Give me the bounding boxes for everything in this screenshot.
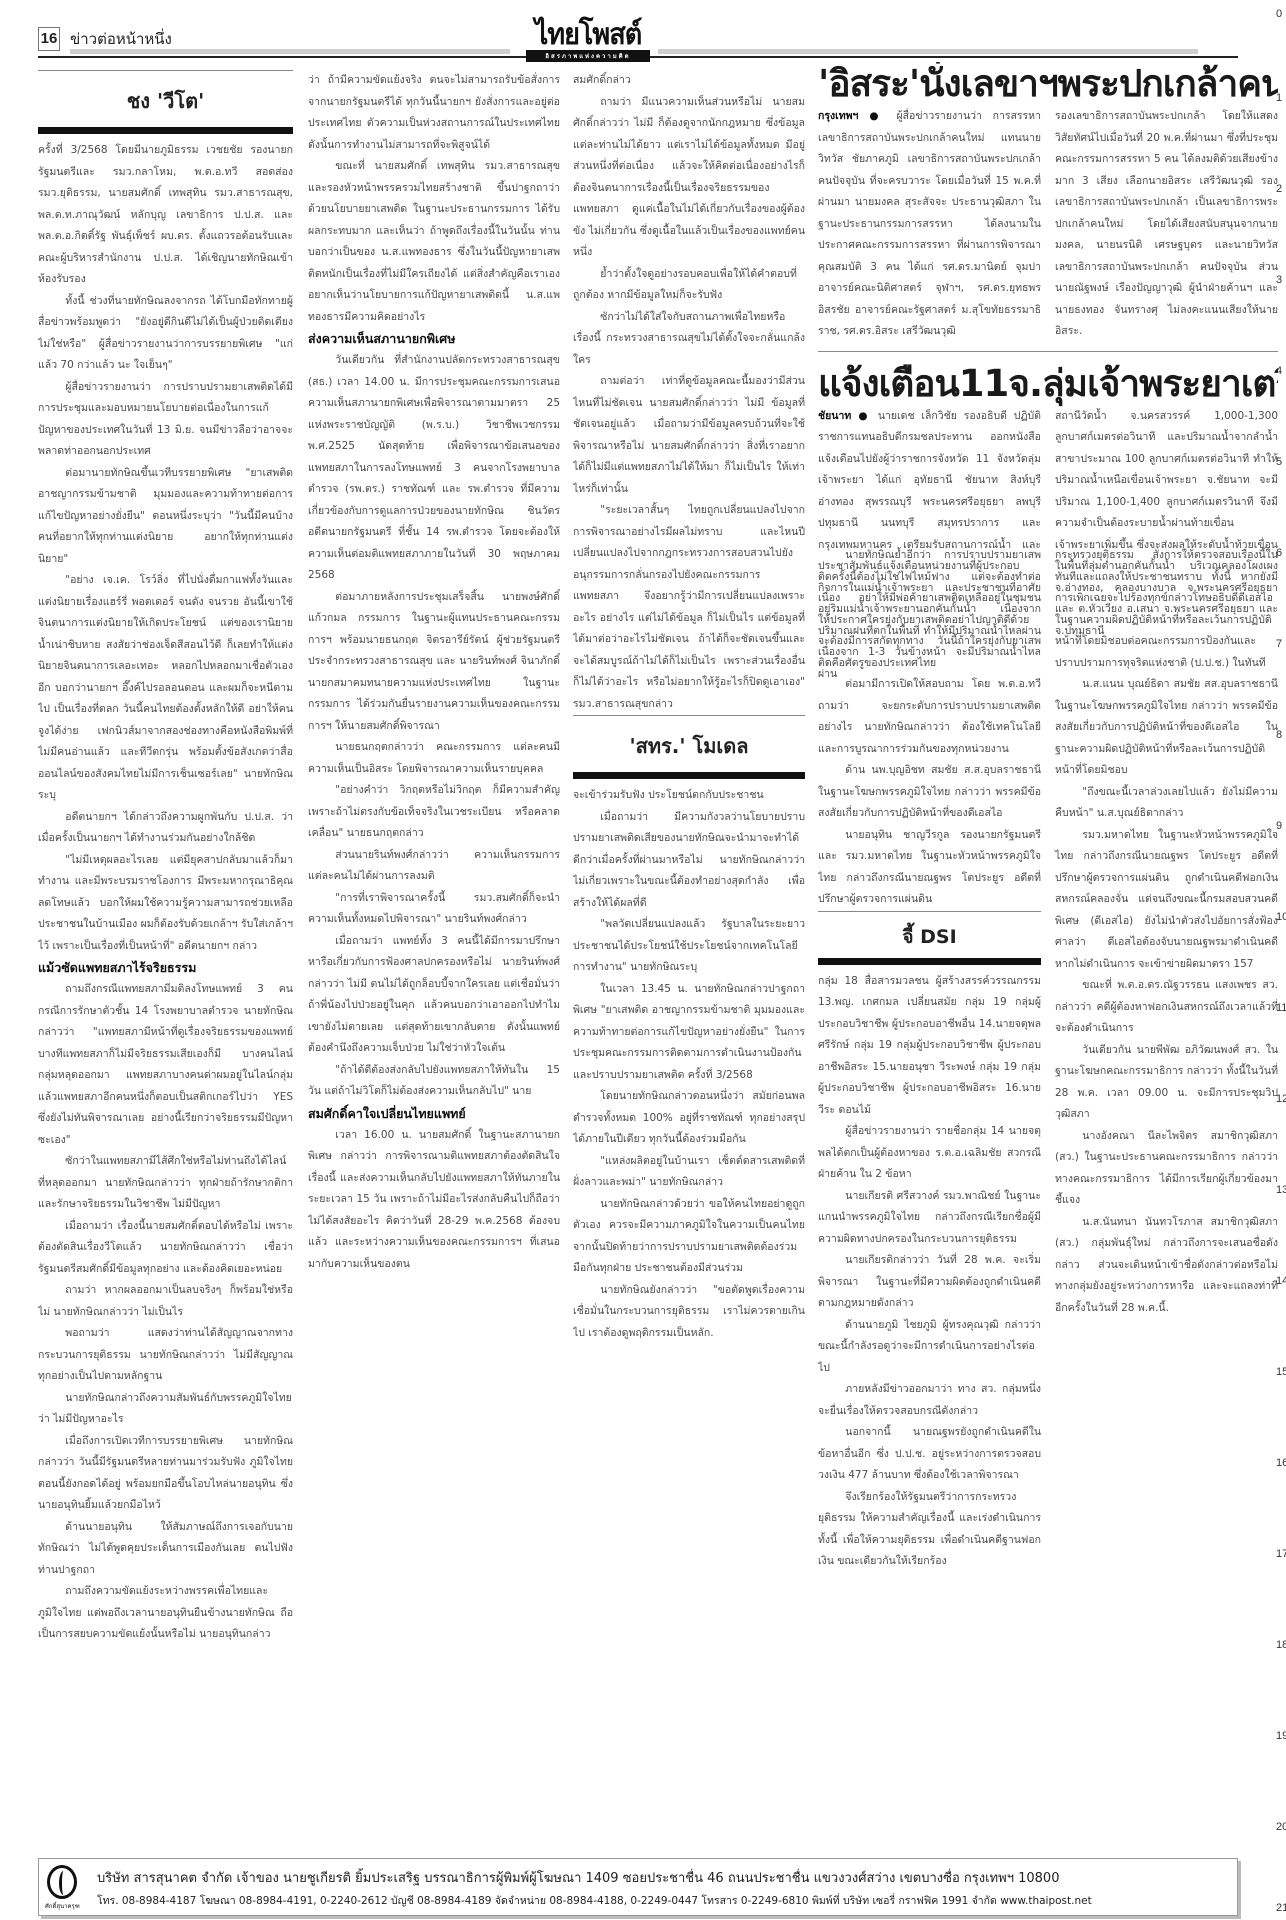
continuation-right: กระทรวงยุติธรรม สั่งการให้ตรวจสอบเรื่องน…	[1055, 545, 1278, 1573]
headline-flood-warning: แจ้งเตือน11จ.ลุ่มเจ้าพระยาเตรียมรับมือน้…	[818, 362, 1278, 406]
dateline-bangkok: กรุงเทพฯ ●	[818, 110, 886, 122]
paragraph: นายอนุทิน ชาญวีรกูล รองนายกรัฐมนตรีและ ร…	[818, 825, 1041, 911]
paragraph: "ถึงขณะนี้เวลาล่วงเลยไปแล้ว ยังไม่มีความ…	[1055, 782, 1278, 825]
paragraph: กลุ่ม 18 สื่อสารมวลชน ผู้สร้างสรรค์วรรณก…	[818, 971, 1041, 1122]
paragraph: นายธนกฤตกล่าวว่า คณะกรรมการ แต่ละคนมีควา…	[308, 737, 560, 780]
row-marker: 7	[1276, 638, 1282, 650]
row-marker: 6	[1276, 547, 1282, 559]
paragraph: ทั้งนี้ ช่วงที่นายทักษิณลงจากรถ ได้โบกมื…	[38, 291, 293, 377]
row-marker: 4	[1276, 365, 1282, 377]
paragraph: วันเดียวกัน ที่สำนักงานปลัดกระทรวงสาธารณ…	[308, 350, 560, 587]
paragraph: นายเกียรติ ศรีสวางค์ รมว.พาณิชย์ ในฐานะแ…	[818, 1186, 1041, 1251]
section-title: ข่าวต่อหน้าหนึ่ง	[70, 27, 172, 51]
paragraph: พอถามว่า แสดงว่าท่านได้สัญญาณจากทางกระบว…	[38, 1323, 293, 1388]
paragraph: ถามว่า มีแนวความเห็นส่วนหรือไม่ นายสมศัก…	[573, 92, 805, 264]
section-head-str-model: 'สทร.' โมเดล	[573, 715, 805, 772]
row-marker: 18	[1276, 1639, 1286, 1651]
paragraph: ถามต่อว่า เท่าที่ดูข้อมูลคณะนี้มองว่ามีส…	[573, 371, 805, 500]
section-head-veto: ชง 'วีโต'	[38, 70, 293, 127]
row-marker: 3	[1276, 274, 1282, 286]
story-isara-body: กรุงเทพฯ ● ผู้สื่อข่าวรายงานว่า การสรรหา…	[818, 106, 1278, 343]
paragraph: ด้านนายอนุทิน ให้สัมภาษณ์ถึงการเจอกับนาย…	[38, 1517, 293, 1582]
subhead-somsak: สมศักดิ์คาใจเปลี่ยนไทยแพทย์	[308, 1103, 560, 1125]
paragraph: เมื่อถามว่า มีความกังวลว่านโยบายปราบปราม…	[573, 807, 805, 915]
subhead-special-president: ส่งความเห็นสภานายกพิเศษ	[308, 328, 560, 350]
paragraph: ส่วนนายรินท์พงศ์กล่าวว่า ความเห็นกรรมการ…	[308, 845, 560, 888]
paragraph: เมื่อถามว่า แพทย์ทั้ง 3 คนนี้ได้มีการมาป…	[308, 931, 560, 1060]
logo-name: ไทยโพสต์	[518, 20, 658, 51]
paragraph: นายเกียรติกล่าวว่า วันที่ 28 พ.ค. จะเริ่…	[818, 1250, 1041, 1315]
seal-caption: ศักดิ์สุนาครุฑ	[45, 1901, 80, 1911]
header-grey-rule-left	[70, 49, 510, 54]
story-isara-left: กรุงเทพฯ ● ผู้สื่อข่าวรายงานว่า การสรรหา…	[818, 106, 1041, 343]
paragraph: ด้าน นพ.บุญอิชท สมชัย ส.ส.อุบลราชธานี ใน…	[818, 760, 1041, 825]
row-marker: 12	[1276, 1093, 1286, 1105]
row-marker: 20	[1276, 1821, 1286, 1833]
paragraph: ขณะที่ นายสมศักดิ์ เทพสุทิน รมว.สาธารณสุ…	[308, 156, 560, 328]
paragraph: ต่อมานายทักษิณขึ้นเวทีบรรยายพิเศษ "ยาเสพ…	[38, 463, 293, 571]
paragraph: นอกจากนี้ นายณฐพรยังถูกดำเนินคดีในข้อหาอ…	[818, 1422, 1041, 1487]
row-marker: 13	[1276, 1184, 1286, 1196]
paragraph: ถามถึงความขัดแย้งระหว่างพรรคเพื่อไทยและภ…	[38, 1581, 293, 1646]
section-bar	[38, 127, 293, 134]
story-text: ผู้สื่อข่าวรายงานว่า การสรรหาเลขาธิการสถ…	[818, 110, 1041, 337]
paragraph: นายทักษิณกล่าวด้วยว่า ขอให้คนไทยอย่าดูถู…	[573, 1194, 805, 1280]
paragraph: นางอังคณา นีละไพจิตร สมาชิกวุฒิสภา (สว.)…	[1055, 1126, 1278, 1212]
row-marker: 17	[1276, 1548, 1286, 1560]
continuation-body: นายทักษิณย้ำอีกว่า การปราบปรามยาเสพติดคร…	[818, 545, 1278, 1573]
row-marker: 19	[1276, 1730, 1286, 1742]
paragraph: "พลวัตเปลี่ยนแปลงแล้ว รัฐบาลในระยะยาวประ…	[573, 914, 805, 979]
row-marker: 0	[1276, 8, 1282, 20]
row-marker: 16	[1276, 1457, 1286, 1469]
page-header: 16 ข่าวต่อหน้าหนึ่ง ไทยโพสต์ อิสรภาพแห่ง…	[38, 25, 1238, 57]
header-grey-rule-right	[658, 49, 1198, 54]
story-isara-right: รองเลขาธิการสถาบันพระปกเกล้า โดยให้แสดงว…	[1055, 106, 1278, 343]
paragraph: "การที่เราพิจารณาครั้งนี้ รมว.สมศักดิ์ก็…	[308, 888, 560, 931]
paragraph: "ไม่มีเหตุผลอะไรเลย แต่มียุคสาปกลับมาแล้…	[38, 850, 293, 958]
paragraph: จะเข้าร่วมรับฟัง ประโยชน์ตกกับประชาชน	[573, 785, 805, 807]
paragraph: ด้านนายภูมิ ไชยภูมิ ผู้ทรงคุณวุฒิ กล่าวว…	[818, 1315, 1041, 1380]
paragraph: ถามว่า หากผลออกมาเป็นลบจริงๆ ก็พร้อมใช่ห…	[38, 1280, 293, 1323]
column-1: ชง 'วีโต' ครั้งที่ 3/2568 โดยมีนายภูมิธร…	[38, 70, 293, 1646]
subhead-medical-council: แม้วซัดแพทยสภาไร้จริยธรรม	[38, 957, 293, 979]
paragraph: "อย่าง เจ.เค. โรว์ลิ่ง ที่ไปนั่งดื่มกาแฟ…	[38, 570, 293, 807]
publisher-footer: ศักดิ์สุนาครุฑ บริษัท สารสุนาคต จำกัด เจ…	[38, 1858, 1238, 1916]
paragraph: นายทักษิณกล่าวถึงความสัมพันธ์กับพรรคภูมิ…	[38, 1388, 293, 1431]
paragraph: ในเวลา 13.45 น. นายทักษิณกล่าวปาฐกถาพิเศ…	[573, 979, 805, 1087]
paragraph: ผู้สื่อข่าวรายงานว่า การปราบปรามยาเสพติด…	[38, 377, 293, 463]
column-3: สมศักดิ์กล่าว ถามว่า มีแนวความเห็นส่วนหร…	[573, 70, 805, 1344]
masthead-logo: ไทยโพสต์ อิสรภาพแห่งความคิด	[518, 21, 658, 62]
paragraph: "แหล่งผลิตอยู่ในบ้านเรา เซ็ตต์ดสารเสพติด…	[573, 1151, 805, 1194]
paragraph: ถามถึงกรณีแพทยสภามีมติลงโทษแพทย์ 3 คน กร…	[38, 979, 293, 1151]
paragraph: เมื่อถึงการเปิดเวทีการบรรยายพิเศษ นายทัก…	[38, 1431, 293, 1517]
paragraph: ซักว่าในแพทยสภามีไส้ศึกใช่หรือไม่ท่านถึง…	[38, 1151, 293, 1216]
row-marker: 11	[1276, 1002, 1286, 1014]
paragraph: ผู้สื่อข่าวรายงานว่า รายชื่อกลุ่ม 14 นาย…	[818, 1121, 1041, 1186]
dateline-chainat: ชัยนาท ●	[818, 410, 871, 422]
section-bar	[818, 958, 1041, 965]
column-4-continuation: นายทักษิณย้ำอีกว่า การปราบปรามยาเสพติดคร…	[818, 545, 1278, 1573]
row-marker: 2	[1276, 183, 1282, 195]
paragraph: "ระยะเวลาสั้นๆ ไทยถูกเปลี่ยนแปลงไปจากการ…	[573, 500, 805, 715]
paragraph: ขณะที่ พ.ต.อ.ดร.ณัฐวรรธน แสงเพชร สว. กล่…	[1055, 975, 1278, 1040]
paragraph: ว่า ถ้ามีความขัดแย้งจริง ตนจะไม่สามารถรั…	[308, 70, 560, 156]
paragraph: ต่อมาภายหลังการประชุมเสร็จสิ้น นายพงษ์ศั…	[308, 587, 560, 738]
paragraph: เวลา 16.00 น. นายสมศักดิ์ ในฐานะสภานายกพ…	[308, 1125, 560, 1276]
paragraph: น.ส.นันทนา นันทวโรภาส สมาชิกวุฒิสภา (สว.…	[1055, 1212, 1278, 1320]
row-marker: 9	[1276, 820, 1282, 832]
paragraph: ย้ำว่าตั้งใจดูอย่างรอบคอบเพื่อให้ได้คำตอ…	[573, 264, 805, 307]
paragraph: นายทักษิณยังกล่าวว่า "ขอตัดพูดเรื่องความ…	[573, 1280, 805, 1345]
divider	[818, 351, 1278, 352]
publisher-contacts: โทร. 08-8984-4187 โฆษณา 08-8984-4191, 0-…	[97, 1892, 1092, 1909]
newspaper-page: 16 ข่าวต่อหน้าหนึ่ง ไทยโพสต์ อิสรภาพแห่ง…	[38, 0, 1238, 1920]
column-2: ว่า ถ้ามีความขัดแย้งจริง ตนจะไม่สามารถรั…	[308, 70, 560, 1275]
page-number: 16	[38, 27, 60, 51]
paragraph: "ถ้าได้ดีต้องส่งกลับไปยังแพทยสภาให้ทันใน…	[308, 1060, 560, 1103]
section-head-dsi: จี้ DSI	[818, 911, 1041, 958]
paragraph: สมศักดิ์กล่าว	[573, 70, 805, 92]
continuation-left: นายทักษิณย้ำอีกว่า การปราบปรามยาเสพติดคร…	[818, 545, 1041, 1573]
row-marker: 8	[1276, 729, 1282, 741]
publisher-address: บริษัท สารสุนาคต จำกัด เจ้าของ นายชูเกีย…	[97, 1867, 1059, 1888]
paragraph: รมว.มหาดไทย ในฐานะหัวหน้าพรรคภูมิใจไทย ก…	[1055, 825, 1278, 976]
row-marker: 10	[1276, 911, 1286, 923]
row-marker: 1	[1276, 92, 1282, 104]
paragraph: ต่อมามีการเปิดให้สอบถาม โดย พ.ต.อ.ทวีถาม…	[818, 674, 1041, 760]
row-marker: 14	[1276, 1275, 1286, 1287]
row-marker: 5	[1276, 456, 1282, 468]
paragraph: ซักว่าไม่ได้ใส่ใจกับสถานภาพเพื่อไทยหรือ …	[573, 307, 805, 372]
paragraph: โดยนายทักษิณกล่าวตอนหนึ่งว่า สมัยก่อนพลต…	[573, 1086, 805, 1151]
company-seal-icon	[47, 1865, 77, 1899]
paragraph: ครั้งที่ 3/2568 โดยมีนายภูมิธรรม เวชยชัย…	[38, 140, 293, 291]
section-bar	[573, 772, 805, 779]
paragraph: เมื่อถามว่า เรื่องนี้นายสมศักดิ์ตอบได้หร…	[38, 1216, 293, 1281]
paragraph: "อย่างคำว่า วิกฤตหรือไม่วิกฤต ก็มีความสำ…	[308, 780, 560, 845]
paragraph: น.ส.แนน บุณย์ธิดา สมชัย สส.อุบลราชธานี ใ…	[1055, 674, 1278, 782]
paragraph: จึงเรียกร้องให้รัฐมนตรีว่าการกระทรวงยุติ…	[818, 1487, 1041, 1573]
headline-isara: 'อิสระ'นั่งเลขาฯพระปกเกล้าคนใหม่	[818, 62, 1278, 106]
row-marker: 15	[1276, 1366, 1286, 1378]
paragraph: นายทักษิณย้ำอีกว่า การปราบปรามยาเสพติดคร…	[818, 545, 1041, 674]
paragraph: อดีตนายกฯ ได้กล่าวถึงความผูกพันกับ ป.ป.ส…	[38, 807, 293, 850]
paragraph: วันเดียวกัน นายพีพัฒ อภิวัฒนพงศ์ สว. ในฐ…	[1055, 1040, 1278, 1126]
row-marker: 21	[1276, 1902, 1286, 1914]
paragraph: กระทรวงยุติธรรม สั่งการให้ตรวจสอบเรื่องน…	[1055, 545, 1278, 674]
logo-tagline: อิสรภาพแห่งความคิด	[526, 50, 650, 62]
paragraph: ภายหลังมีข่าวออกมาว่า ทาง สว. กลุ่มหนึ่ง…	[818, 1379, 1041, 1422]
